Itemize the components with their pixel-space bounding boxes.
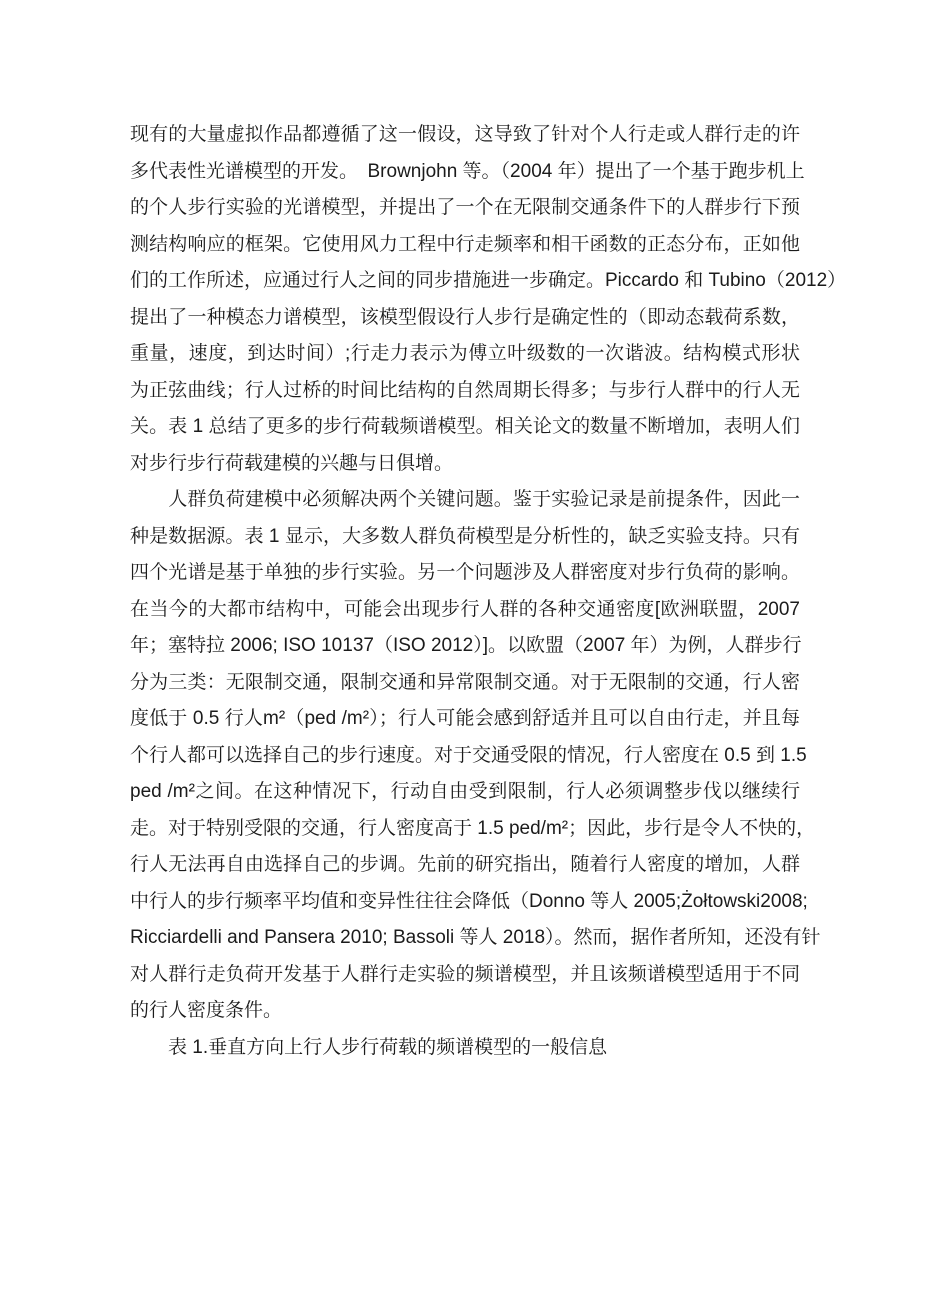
text-line: 中行人的步行频率平均值和变异性往往会降低（Donno 等人 2005;Żołto… [130, 884, 800, 921]
text-line: 走。对于特别受限的交通，行人密度高于 1.5 ped/m²；因此，步行是令人不快… [130, 811, 800, 848]
text-line: 测结构响应的框架。它使用风力工程中行走频率和相干函数的正态分布，正如他 [130, 227, 800, 264]
text-line: ped /m²之间。在这种情况下，行动自由受到限制，行人必须调整步伐以继续行 [130, 774, 800, 811]
text-line: 行人无法再自由选择自己的步调。先前的研究指出，随着行人密度的增加，人群 [130, 847, 800, 884]
text-line: 在当今的大都市结构中，可能会出现步行人群的各种交通密度[欧洲联盟，2007 [130, 592, 800, 629]
text-line: 表 1.垂直方向上行人步行荷载的频谱模型的一般信息 [130, 1030, 800, 1067]
text-line: 重量，速度，到达时间）;行走力表示为傅立叶级数的一次谐波。结构模式形状 [130, 336, 800, 373]
text-line: 人群负荷建模中必须解决两个关键问题。鉴于实验记录是前提条件，因此一 [130, 482, 800, 519]
document-page-text: 现有的大量虚拟作品都遵循了这一假设，这导致了针对个人行走或人群行走的许多代表性光… [130, 117, 800, 1066]
text-line: 种是数据源。表 1 显示，大多数人群负荷模型是分析性的，缺乏实验支持。只有 [130, 519, 800, 556]
text-line: 现有的大量虚拟作品都遵循了这一假设，这导致了针对个人行走或人群行走的许 [130, 117, 800, 154]
text-line: 对步行步行荷载建模的兴趣与日俱增。 [130, 446, 800, 483]
text-line: 们的工作所述，应通过行人之间的同步措施进一步确定。Piccardo 和 Tubi… [130, 263, 800, 300]
document-page: 现有的大量虚拟作品都遵循了这一假设，这导致了针对个人行走或人群行走的许多代表性光… [0, 0, 926, 1309]
paragraph-2: 人群负荷建模中必须解决两个关键问题。鉴于实验记录是前提条件，因此一种是数据源。表… [130, 482, 800, 1030]
text-line: 四个光谱是基于单独的步行实验。另一个问题涉及人群密度对步行负荷的影响。 [130, 555, 800, 592]
text-line: 年；塞特拉 2006; ISO 10137（ISO 2012）]。以欧盟（200… [130, 628, 800, 665]
text-line: 的行人密度条件。 [130, 993, 800, 1030]
text-line: 多代表性光谱模型的开发。 Brownjohn 等。（2004 年）提出了一个基于… [130, 154, 800, 191]
text-line: 为正弦曲线；行人过桥的时间比结构的自然周期长得多；与步行人群中的行人无 [130, 373, 800, 410]
text-line: 关。表 1 总结了更多的步行荷载频谱模型。相关论文的数量不断增加，表明人们 [130, 409, 800, 446]
text-line: 的个人步行实验的光谱模型，并提出了一个在无限制交通条件下的人群步行下预 [130, 190, 800, 227]
text-line: 度低于 0.5 行人m²（ped /m²）；行人可能会感到舒适并且可以自由行走，… [130, 701, 800, 738]
paragraph-1: 现有的大量虚拟作品都遵循了这一假设，这导致了针对个人行走或人群行走的许多代表性光… [130, 117, 800, 482]
text-line: 提出了一种模态力谱模型，该模型假设行人步行是确定性的（即动态载荷系数， [130, 300, 800, 337]
text-line: Ricciardelli and Pansera 2010; Bassoli 等… [130, 920, 800, 957]
text-line: 分为三类：无限制交通，限制交通和异常限制交通。对于无限制的交通，行人密 [130, 665, 800, 702]
text-line: 对人群行走负荷开发基于人群行走实验的频谱模型，并且该频谱模型适用于不同 [130, 957, 800, 994]
table-1-caption: 表 1.垂直方向上行人步行荷载的频谱模型的一般信息 [130, 1030, 800, 1067]
text-line: 个行人都可以选择自己的步行速度。对于交通受限的情况，行人密度在 0.5 到 1.… [130, 738, 800, 775]
